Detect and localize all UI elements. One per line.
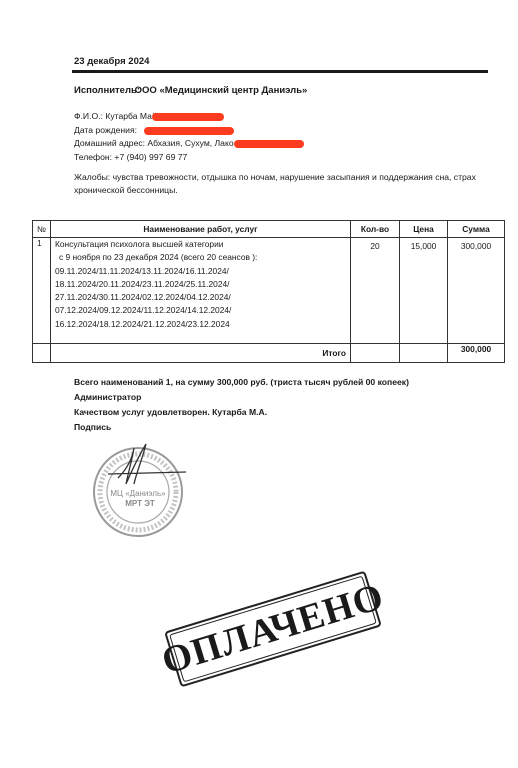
satisfaction-text: Качеством услуг удовлетворен. Кутарба М.… — [74, 405, 409, 420]
patient-info: Ф.И.О.: Кутарба Майя Анатольевна. Дата р… — [74, 110, 234, 164]
paid-stamp: ОПЛАЧЕНО — [164, 571, 382, 688]
executor-line: Исполнитель: ООО «Медицинский центр Дани… — [74, 85, 307, 96]
invoice-footer: Всего наименований 1, на сумму 300,000 р… — [74, 375, 409, 435]
administrator-label: Администратор — [74, 390, 409, 405]
row-price: 15,000 — [400, 238, 448, 344]
invoice-page: 23 декабря 2024 Исполнитель: ООО «Медици… — [0, 0, 518, 768]
session-dates: 27.11.2024/30.11.2024/02.12.2024/04.12.2… — [55, 291, 346, 304]
total-sum: 300,000 — [448, 344, 505, 363]
executor-value: ООО «Медицинский центр Даниэль» — [135, 85, 308, 96]
summary-text: Всего наименований 1, на сумму 300,000 р… — [74, 375, 409, 390]
patient-fio: Ф.И.О.: Кутарба Майя Анатольевна. — [74, 110, 234, 124]
patient-phone: Телефон: +7 (940) 997 69 77 — [74, 151, 234, 165]
row-qty: 20 — [351, 238, 400, 344]
session-dates: 09.11.2024/11.11.2024/13.11.2024/16.11.2… — [55, 265, 346, 278]
svg-text:МРТ ЭТ: МРТ ЭТ — [125, 499, 155, 508]
session-dates: 18.11.2024/20.11.2024/23.11.2024/25.11.2… — [55, 278, 346, 291]
header-divider — [72, 70, 488, 73]
session-dates: 16.12.2024/18.12.2024/21.12.2024/23.12.2… — [55, 318, 346, 331]
document-date: 23 декабря 2024 — [74, 56, 149, 67]
header-qty: Кол-во — [351, 221, 400, 238]
services-table: № Наименование работ, услуг Кол-во Цена … — [32, 220, 505, 363]
row-num: 1 — [33, 238, 51, 344]
service-title: Консультация психолога высшей категории — [55, 238, 346, 251]
row-sum: 300,000 — [448, 238, 505, 344]
session-dates: 07.12.2024/09.12.2024/11.12.2024/14.12.2… — [55, 304, 346, 317]
svg-text:МЦ «Даниэль»: МЦ «Даниэль» — [110, 489, 166, 498]
header-num: № — [33, 221, 51, 238]
row-description: Консультация психолога высшей категории … — [50, 238, 350, 344]
patient-address: Домашний адрес: Абхазия, Сухум, Лако — [74, 137, 234, 151]
complaints-text: Жалобы: чувства тревожности, отдышка по … — [74, 171, 494, 197]
table-row: 1 Консультация психолога высшей категори… — [33, 238, 505, 344]
paid-stamp-text: ОПЛАЧЕНО — [157, 574, 389, 683]
signature-label: Подпись — [74, 420, 409, 435]
header-sum: Сумма — [448, 221, 505, 238]
total-label: Итого — [50, 344, 350, 363]
table-header-row: № Наименование работ, услуг Кол-во Цена … — [33, 221, 505, 238]
redaction-mark — [152, 113, 224, 121]
service-period: с 9 ноября по 23 декабря 2024 (всего 20 … — [55, 251, 346, 264]
redaction-mark — [144, 127, 234, 135]
header-price: Цена — [400, 221, 448, 238]
round-seal-icon: МЦ «Даниэль» МРТ ЭТ — [88, 440, 188, 540]
patient-birth-date: Дата рождения: — [74, 124, 234, 138]
table-total-row: Итого 300,000 — [33, 344, 505, 363]
header-name: Наименование работ, услуг — [50, 221, 350, 238]
executor-label: Исполнитель: — [74, 85, 132, 96]
redaction-mark — [234, 140, 304, 148]
